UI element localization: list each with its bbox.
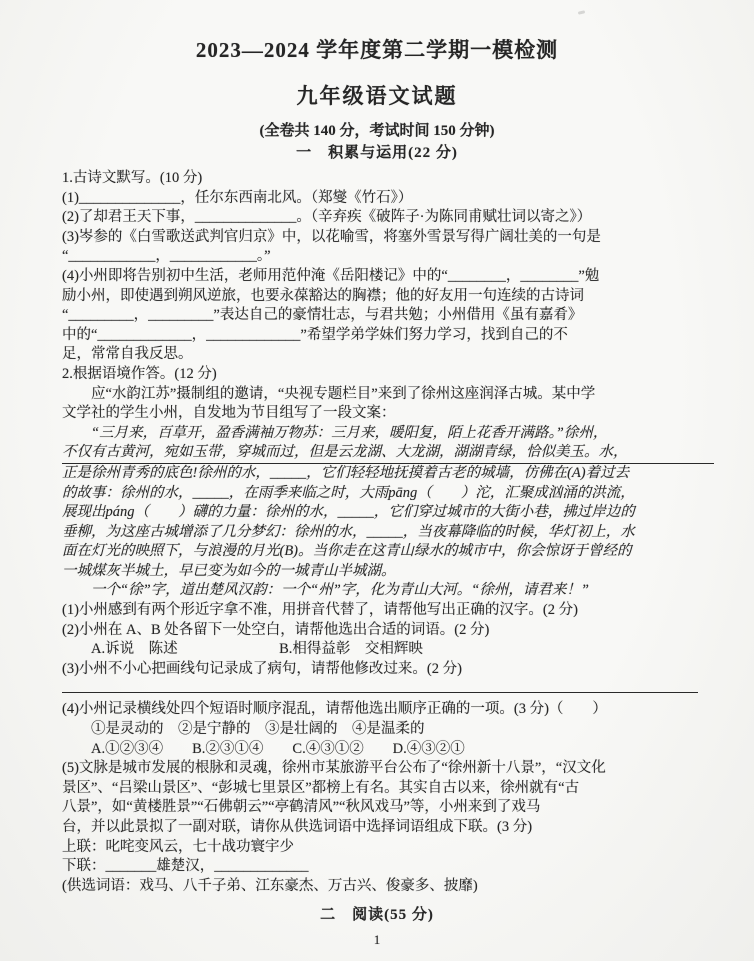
paper-subtitle: 九年级语文试题 [0, 80, 754, 110]
word-bank: (供选词语：戏马、八千子弟、江东豪杰、万古兴、俊豪多、披靡) [62, 877, 714, 897]
section-1-heading: 一 积累与运用(22 分) [0, 141, 754, 162]
q1-item-4-line-5: 足，常常自我反思。 [62, 345, 714, 365]
page-number: 1 [0, 932, 754, 948]
exam-paper-page: 2023—2024 学年度第二学期一模检测 九年级语文试题 (全卷共 140 分… [0, 0, 754, 961]
couplet-lower: 下联：_______雄楚汉，_____________ [62, 857, 714, 877]
paper-title: 2023—2024 学年度第二学期一模检测 [0, 34, 754, 64]
q2-essay-line-4: 的故事：徐州的水，_____，在雨季来临之时，大雨pāng（ ）沱，汇聚成汹涌的… [62, 484, 714, 504]
q2-sub3: (3)小州不小心把画线句记录成了病句，请帮他修改过来。(2 分) [62, 660, 714, 680]
q2-sub4-choices: A.①②③④ B.②③①④ C.④③①② D.④③②① [62, 740, 714, 760]
q2-essay-line-6: 垂柳，为这座古城增添了几分梦幻：徐州的水，_____，当夜幕降临的时候，华灯初上… [62, 523, 714, 543]
q1-item-4-line-1: (4)小州即将告别初中生活，老师用范仲淹《岳阳楼记》中的“________，__… [62, 267, 714, 287]
q1-item-3-blanks: “____________，____________。” [62, 247, 714, 267]
q2-sub2: (2)小州在 A、B 处各留下一处空白，请帮他选出合适的词语。(2 分) [62, 621, 714, 641]
paper-header: 2023—2024 学年度第二学期一模检测 九年级语文试题 (全卷共 140 分… [0, 0, 754, 162]
q1-item-2: (2)了却君王天下事，______________。（辛弃疾《破阵子·为陈同甫赋… [62, 208, 714, 228]
q2-essay-line-9: 一个“徐”字，道出楚风汉韵：一个“州”字，化为青山大河。“徐州，请君来！” [62, 581, 714, 601]
q2-sub2-options: A.诉说 陈述 B.相得益彰 交相辉映 [62, 640, 714, 660]
exam-meta-info: (全卷共 140 分，考试时间 150 分钟) [0, 119, 754, 140]
q2-sub5-line-2: 景区”、“吕梁山景区”、“彭城七里景区”都榜上有名。其实自古以来，徐州就有“古 [62, 779, 714, 799]
section-2-heading: 二 阅读(55 分) [0, 903, 754, 924]
q2-essay-line-5: 展现出páng（ ）礴的力量：徐州的水，_____，它们穿过城市的大街小巷，拂过… [62, 503, 714, 523]
q2-sub4: (4)小州记录横线处四个短语时顺序混乱，请帮他选出顺序正确的一项。(3 分)（ … [62, 700, 714, 720]
paper-body: 1.古诗文默写。(10 分) (1)______________，任尔东西南北风… [62, 169, 714, 896]
q2-sub3-answer-blank-line [62, 679, 698, 693]
q1-item-4-line-2: 励小州，即使遇到朔风逆旅，也要永葆豁达的胸襟；他的好友用一句连续的古诗词 [62, 287, 714, 307]
q2-intro-line-2: 文学社的学生小州，自发地为节目组写了一段文案： [62, 404, 714, 424]
q2-essay-line-7: 面在灯光的映照下，与浪漫的月光(B)。当你走在这青山绿水的城市中，你会惊讶于曾经… [62, 542, 714, 562]
q2-essay-line-3: 正是徐州青秀的底色!徐州的水，_____，它们轻轻地抚摸着古老的城墙，仿佛在(A… [62, 464, 714, 484]
q2-sub5-line-1: (5)文脉是城市发展的根脉和灵魂，徐州市某旅游平台公布了“徐州新十八景”，“汉文… [62, 759, 714, 779]
q2-essay-line-8: 一城煤灰半城土，早已变为如今的一城青山半城湖。 [62, 562, 714, 582]
q2-sub4-phrases: ①是灵动的 ②是宁静的 ③是壮阔的 ④是温柔的 [62, 720, 714, 740]
q1-item-1: (1)______________，任尔东西南北风。（郑燮《竹石》） [62, 189, 714, 209]
q2-sub1: (1)小州感到有两个形近字拿不准，用拼音代替了，请帮他写出正确的汉字。(2 分) [62, 601, 714, 621]
q1-item-4-line-4: 中的“_____________，_____________”希望学弟学妹们努力… [62, 326, 714, 346]
q1-stem: 1.古诗文默写。(10 分) [62, 169, 714, 189]
q1-item-4-line-3: “_________，_________”表达自己的豪情壮志，与君共勉；小州借用… [62, 306, 714, 326]
q2-essay-underlined-sentence: 不仅有古黄河，宛如玉带，穿城而过，但是云龙湖、大龙湖，湖湖青绿，恰似美玉。水， [62, 443, 714, 464]
q2-essay-line-1: “三月来，百草开，盈香满袖万物苏：三月来，暖阳复，陌上花香开满路。”徐州， [62, 424, 714, 444]
q1-item-3: (3)岑参的《白雪歌送武判官归京》中，以花喻雪，将塞外雪景写得广阔壮美的一句是 [62, 228, 714, 248]
couplet-upper: 上联：叱咤变风云，七十战功寰宇少 [62, 838, 714, 858]
q2-sub5-line-3: 八景”，如“黄楼胜景”“石佛朝云”“亭鹤清风”“秋风戏马”等，小州来到了戏马 [62, 798, 714, 818]
q2-stem: 2.根据语境作答。(12 分) [62, 365, 714, 385]
q2-intro-line-1: 应“水韵江苏”摄制组的邀请，“央视专题栏目”来到了徐州这座润泽古城。某中学 [62, 385, 714, 405]
q2-sub5-line-4: 台，并以此景拟了一副对联，请你从供选词语中选择词语组成下联。(3 分) [62, 818, 714, 838]
